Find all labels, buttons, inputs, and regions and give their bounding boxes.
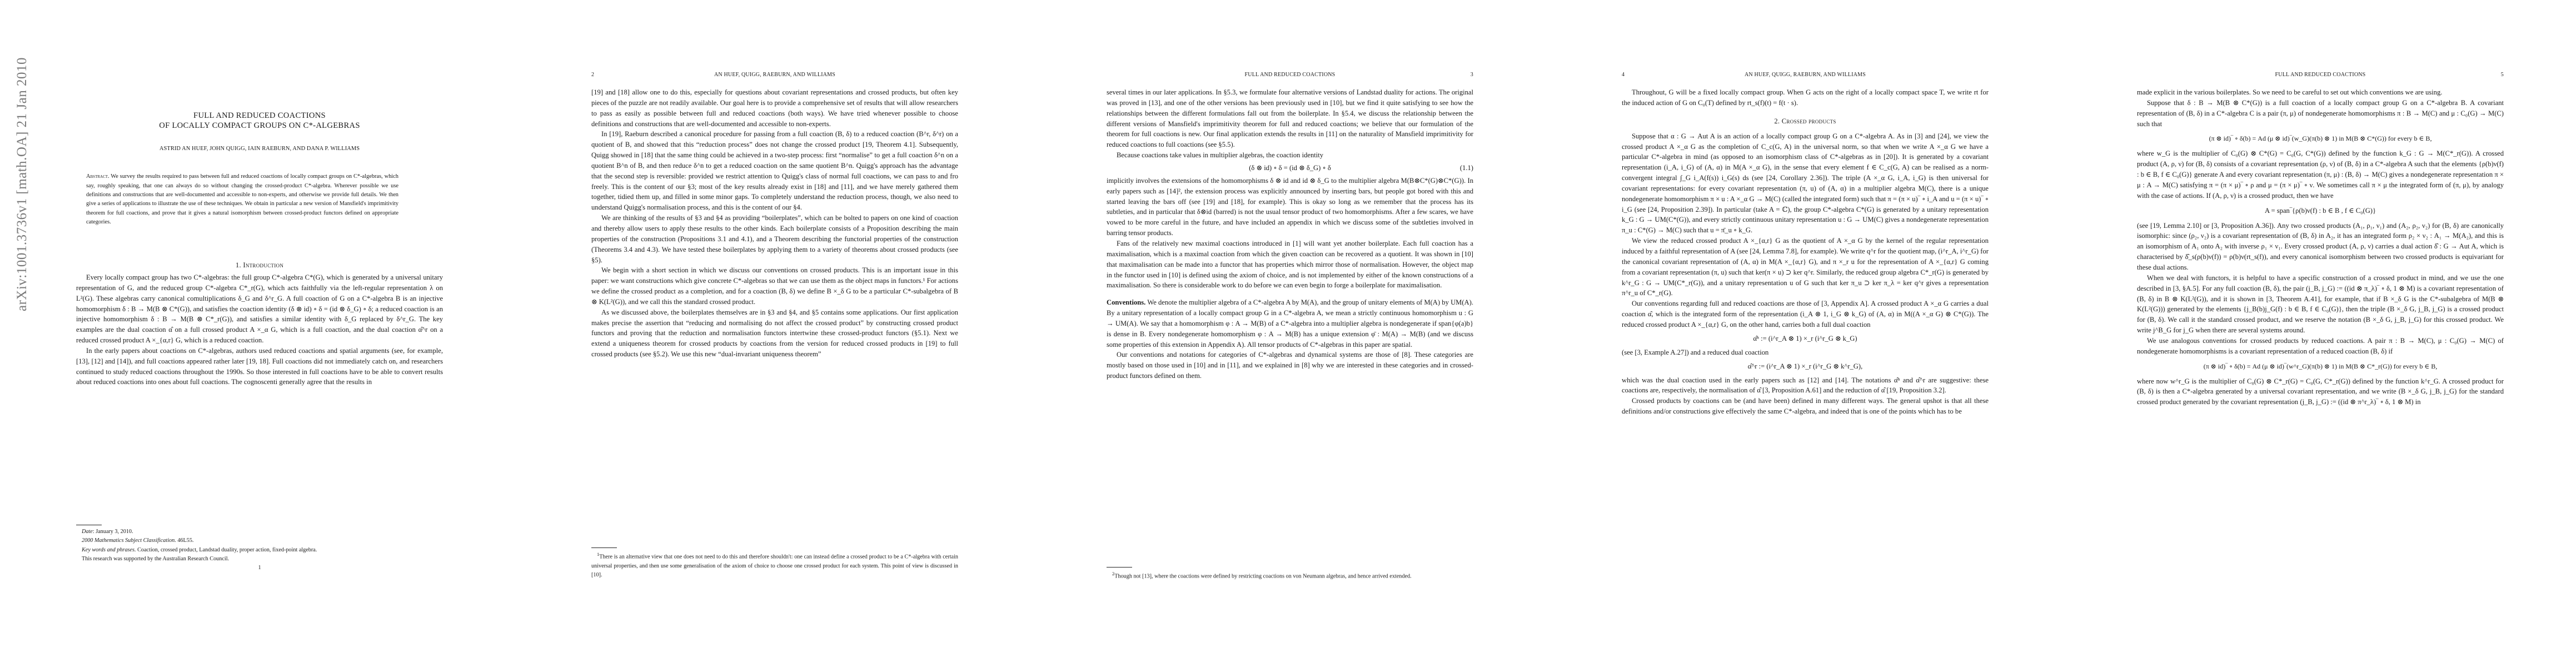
abstract-label: Abstract. [86, 173, 109, 180]
equation-span: A = span‾{ρ(b)ν(f) : b ∈ B , f ∈ C₀(G)} [2137, 206, 2504, 216]
paragraph: Throughout, G will be a fixed locally co… [1622, 87, 1989, 108]
paragraph: (see [3, Example A.27]) and a reduced du… [1622, 347, 1989, 358]
paragraph: Our conventions and notations for catego… [1107, 350, 1473, 381]
footnote-rule [1107, 567, 1132, 568]
footnote-rule [591, 547, 617, 548]
page-number: 5 [2501, 72, 2504, 78]
footnote-rule [76, 525, 102, 525]
footnotes: 1There is an alternative view that one d… [591, 547, 958, 580]
body-text: [19] and [18] allow one to do this, espe… [591, 87, 958, 360]
running-head: FULL AND REDUCED COACTIONS 3 [1107, 72, 1473, 81]
conventions-label: Conventions. [1107, 298, 1145, 306]
footnote-2: 2Though not [13], where the coactions we… [1107, 569, 1473, 581]
abstract-text: We survey the results required to pass b… [86, 173, 398, 225]
paragraph: Our conventions regarding full and reduc… [1622, 298, 1989, 330]
paragraph: We are thinking of the results of §3 and… [591, 213, 958, 265]
section-heading-crossed-products: 2. Crossed products [1622, 117, 1989, 126]
paragraph: We use analogous conventions for crossed… [2137, 336, 2504, 357]
arxiv-watermark: arXiv:1001.3736v1 [math.OA] 21 Jan 2010 [14, 57, 30, 311]
footnote-msc: 2000 Mathematics Subject Classification.… [76, 536, 443, 545]
footnote-date: Date: January 3, 2010. [76, 527, 443, 536]
paragraph: several times in our later applications.… [1107, 87, 1473, 150]
paragraph: where now w^r_G is the multiplier of C₀(… [2137, 376, 2504, 408]
running-head-title: AN HUEF, QUIGG, RAEBURN, AND WILLIAMS [591, 72, 958, 78]
body-text: several times in our later applications.… [1107, 87, 1473, 381]
running-head-title: FULL AND REDUCED COACTIONS [2137, 72, 2504, 78]
equation-reduced-dual-coaction: α̂^r := (i^r_A ⊗ 1) ×_r (i^r_G ⊗ k^r_G), [1622, 361, 1989, 372]
paragraph: Because coactions take values in multipl… [1107, 150, 1473, 161]
footnotes: Date: January 3, 2010. 2000 Mathematics … [76, 525, 443, 571]
running-head: FULL AND REDUCED COACTIONS 5 [2137, 72, 2504, 81]
body-text: Throughout, G will be a fixed locally co… [1622, 87, 1989, 417]
paragraph: When we deal with functors, it is helpfu… [2137, 273, 2504, 336]
running-head: 2 AN HUEF, QUIGG, RAEBURN, AND WILLIAMS [591, 72, 958, 81]
paper-authors: ASTRID AN HUEF, JOHN QUIGG, IAIN RAEBURN… [76, 146, 443, 152]
body-text: Every locally compact group has two C*-a… [76, 272, 443, 387]
paragraph: where w_G is the multiplier of C₀(G) ⊗ C… [2137, 148, 2504, 201]
abstract: Abstract. We survey the results required… [86, 167, 398, 233]
running-head-title: FULL AND REDUCED COACTIONS [1107, 72, 1473, 78]
equation-body: (δ ⊗ id) ∘ δ = (id ⊗ δ_G) ∘ δ [1249, 164, 1331, 172]
equation-covariance-full: (π ⊗ id)‾ ∘ δ(b) = Ad (μ ⊗ id)‾(w_G)(π(b… [2137, 133, 2504, 144]
paragraph: In the early papers about coactions on C… [76, 346, 443, 387]
paragraph: Crossed products by coactions can be (an… [1622, 396, 1989, 417]
paragraph: Fans of the relatively new maximal coact… [1107, 238, 1473, 291]
paragraph: made explicit in the various boilerplate… [2137, 87, 2504, 98]
paragraph: We view the reduced crossed product A ×_… [1622, 236, 1989, 298]
paragraph: implicitly involves the extensions of th… [1107, 176, 1473, 238]
running-head: 4 AN HUEF, QUIGG, RAEBURN, AND WILLIAMS [1622, 72, 1989, 81]
paragraph: Suppose that α : G → Aut A is an action … [1622, 131, 1989, 236]
section-heading-introduction: 1. Introduction [76, 261, 443, 270]
equation-number: (1.1) [1460, 163, 1473, 173]
paragraph: (see [19, Lemma 2.10] or [3, Proposition… [2137, 221, 2504, 273]
paragraph: Every locally compact group has two C*-a… [76, 272, 443, 346]
equation-full-dual-coaction: α̂ⁿ := (i^r_A ⊗ 1) ×_r (i^r_G ⊗ k_G) [1622, 333, 1989, 344]
equation-covariance-reduced: (π ⊗ id)‾ ∘ δ(b) = Ad (μ ⊗ id)‾(w^r_G)(π… [2137, 361, 2504, 372]
page-1: arXiv:1001.3736v1 [math.OA] 21 Jan 2010 … [0, 0, 515, 667]
paper-title-line-1: FULL AND REDUCED COACTIONS [76, 111, 443, 121]
footnotes: 2Though not [13], where the coactions we… [1107, 567, 1473, 581]
page-4: 4 AN HUEF, QUIGG, RAEBURN, AND WILLIAMS … [1546, 0, 2061, 667]
paragraph: which was the dual coaction used in the … [1622, 375, 1989, 396]
paragraph: As we discussed above, the boilerplates … [591, 307, 958, 360]
running-head-title: AN HUEF, QUIGG, RAEBURN, AND WILLIAMS [1622, 72, 1989, 78]
page-5: FULL AND REDUCED COACTIONS 5 made explic… [2061, 0, 2576, 667]
footnote-keywords: Key words and phrases. Coaction, crossed… [76, 546, 443, 555]
equation-1-1: (δ ⊗ id) ∘ δ = (id ⊗ δ_G) ∘ δ (1.1) [1107, 163, 1473, 173]
page-number: 3 [1471, 72, 1473, 78]
paragraph: In [19], Raeburn described a canonical p… [591, 129, 958, 213]
footnote-1: 1There is an alternative view that one d… [591, 550, 958, 580]
conventions-paragraph: Conventions. We denote the multiplier al… [1107, 297, 1473, 350]
footnote-funding: This research was supported by the Austr… [76, 555, 443, 564]
page-number: 1 [76, 565, 443, 571]
paragraph: Suppose that δ : B → M(B ⊗ C*(G)) is a f… [2137, 98, 2504, 130]
paragraph: We begin with a short section in which w… [591, 265, 958, 307]
body-text: made explicit in the various boilerplate… [2137, 87, 2504, 407]
paper-title-line-2: OF LOCALLY COMPACT GROUPS ON C*-ALGEBRAS [76, 121, 443, 131]
paragraph: [19] and [18] allow one to do this, espe… [591, 87, 958, 129]
page-2: 2 AN HUEF, QUIGG, RAEBURN, AND WILLIAMS … [515, 0, 1030, 667]
page-3: FULL AND REDUCED COACTIONS 3 several tim… [1030, 0, 1546, 667]
